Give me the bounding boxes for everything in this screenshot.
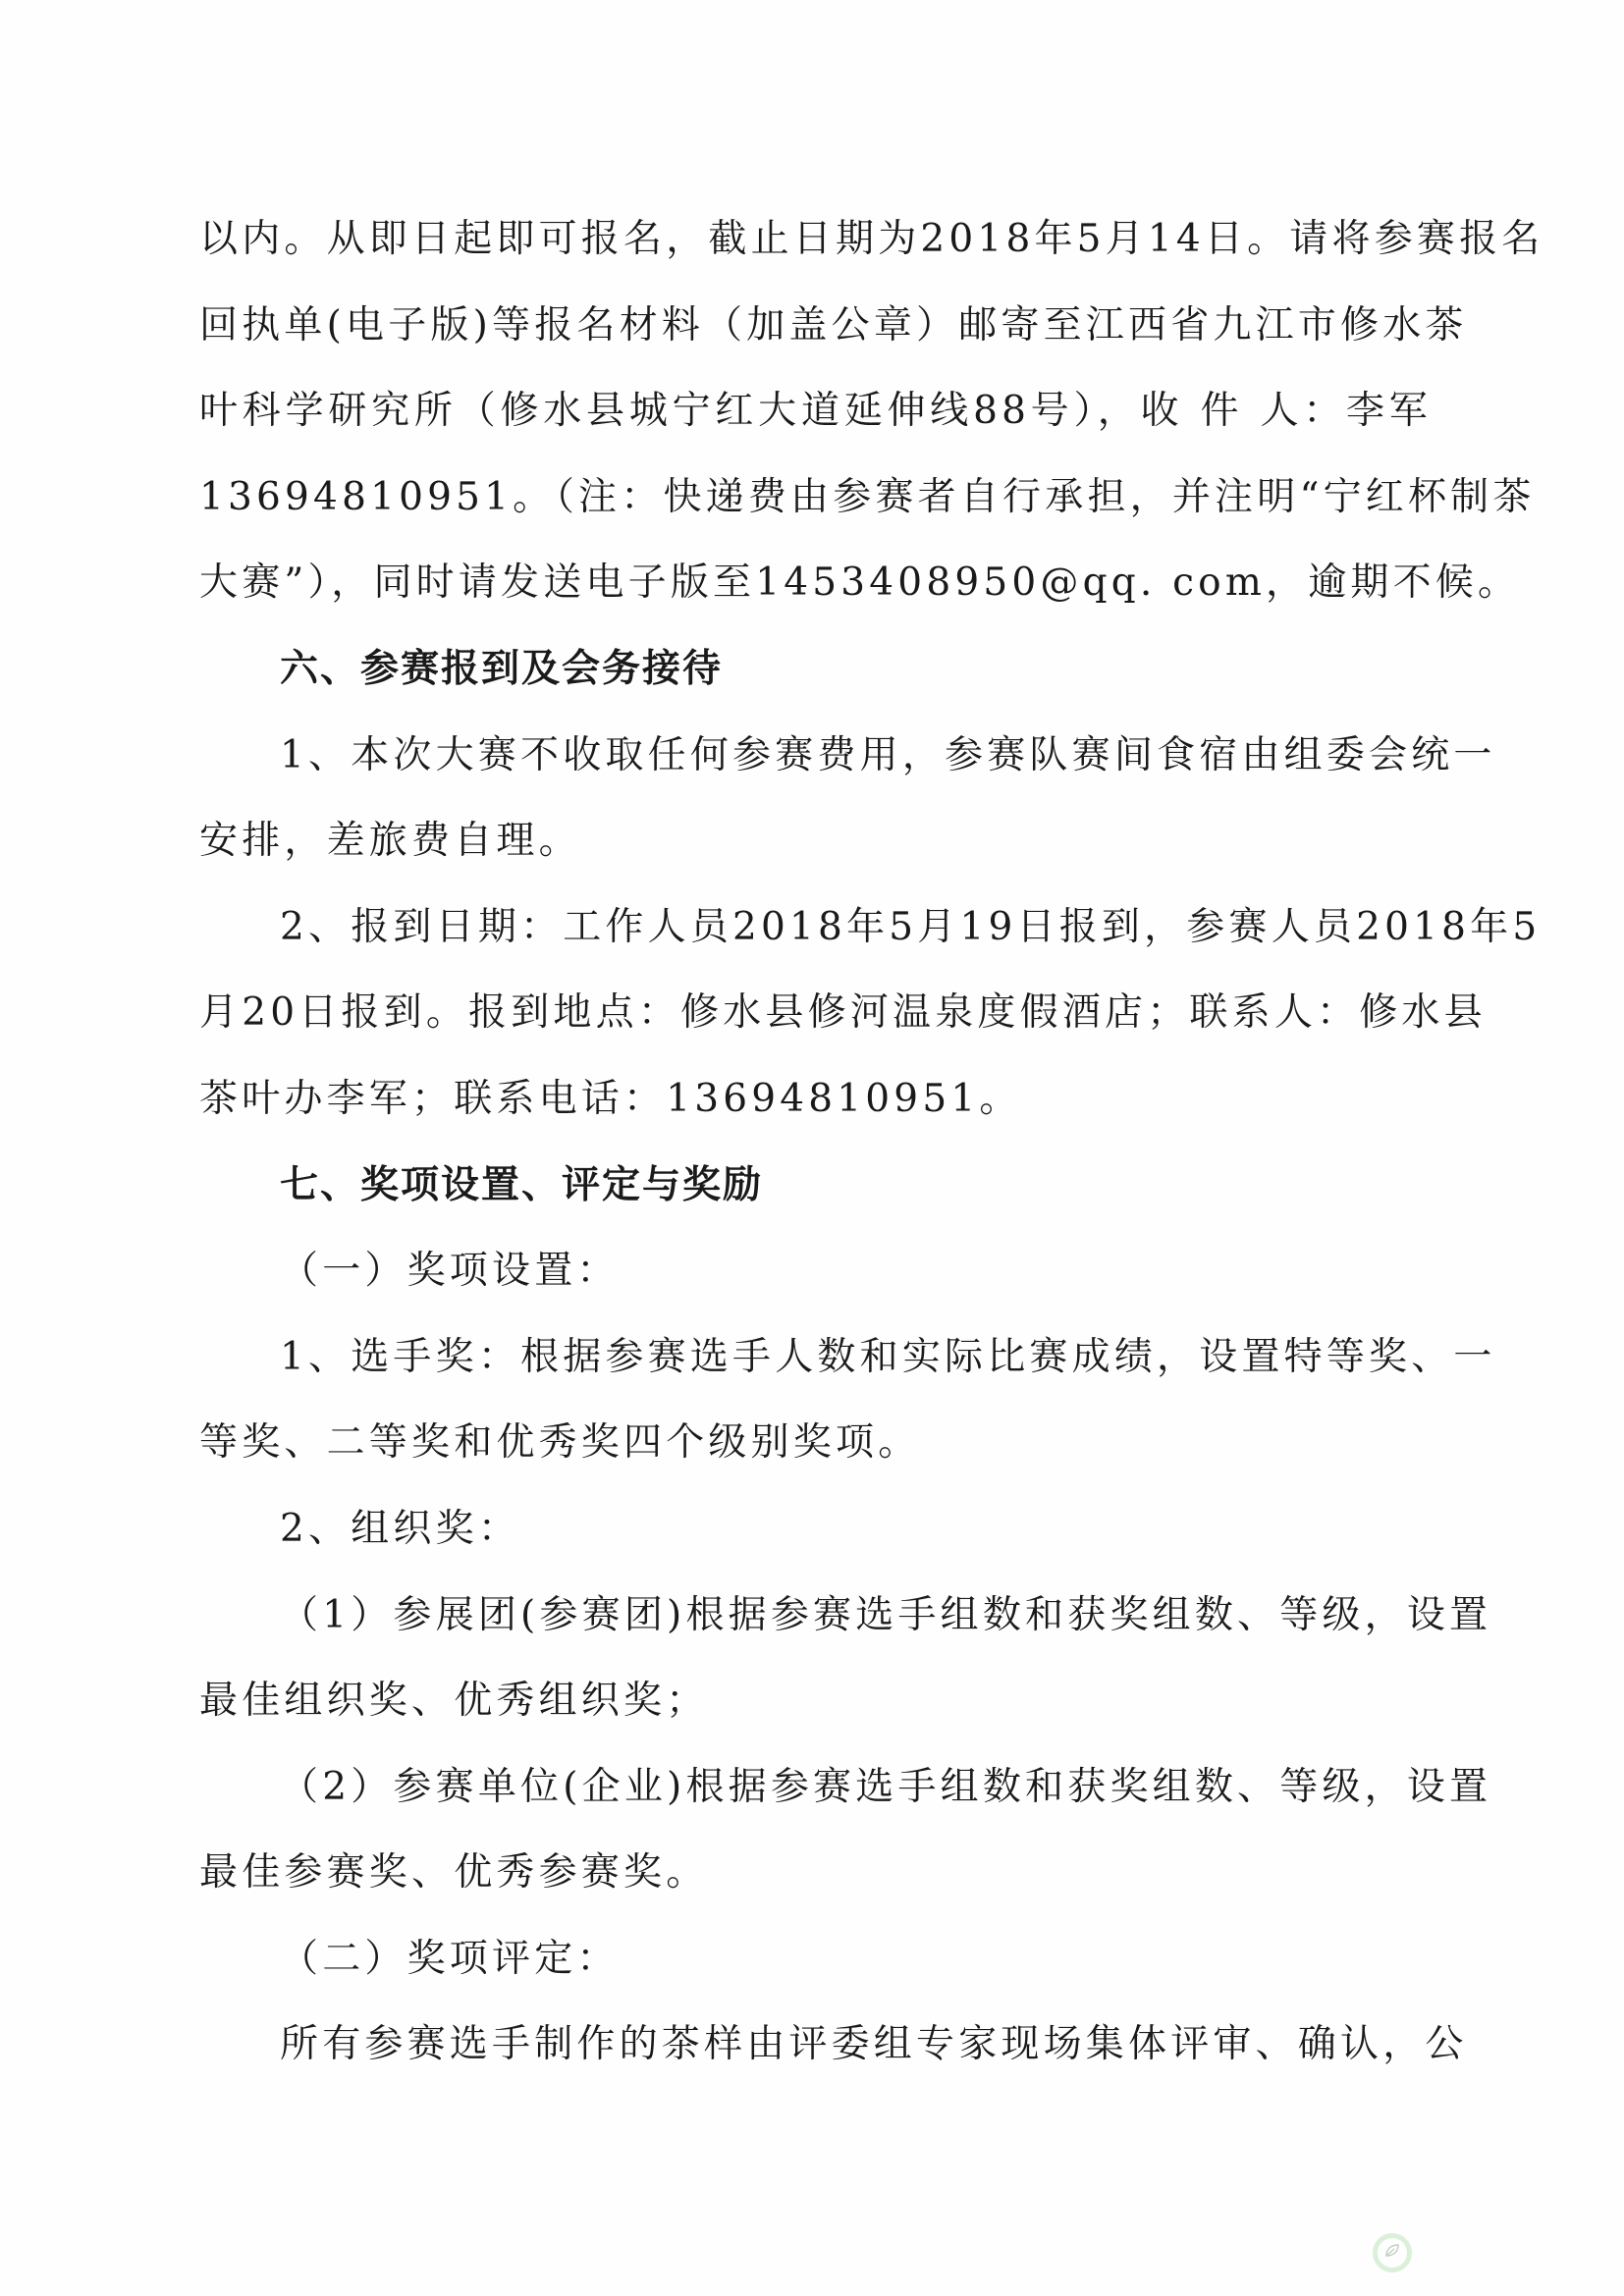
leaf-icon xyxy=(1382,2241,1402,2265)
paragraph-line: 最佳组织奖、优秀组织奖； xyxy=(199,1658,1432,1744)
paragraph-line: 叶科学研究所（修水县城宁红大道延伸线88号），收 件 人：李军 xyxy=(199,368,1432,454)
paragraph-line: 1、选手奖：根据参赛选手人数和实际比赛成绩，设置特等奖、一 xyxy=(199,1314,1432,1401)
section-heading: 六、参赛报到及会务接待 xyxy=(199,626,1432,713)
paragraph-line: 2、报到日期：工作人员2018年5月19日报到，参赛人员2018年5 xyxy=(199,884,1432,971)
paragraph-line: （一）奖项设置： xyxy=(199,1228,1432,1314)
paragraph-line: 安排，差旅费自理。 xyxy=(199,798,1432,884)
paragraph-line: 茶叶办李军；联系电话：13694810951。 xyxy=(199,1056,1432,1143)
paragraph-line: 月20日报到。报到地点：修水县修河温泉度假酒店；联系人：修水县 xyxy=(199,970,1432,1056)
watermark-logo xyxy=(1373,2233,1412,2272)
paragraph-line: 最佳参赛奖、优秀参赛奖。 xyxy=(199,1830,1432,1916)
section-heading: 七、奖项设置、评定与奖励 xyxy=(199,1143,1432,1229)
document-body: 以内。从即日起即可报名，截止日期为2018年5月14日。请将参赛报名回执单(电子… xyxy=(199,196,1432,2088)
document-page: 以内。从即日起即可报名，截止日期为2018年5月14日。请将参赛报名回执单(电子… xyxy=(0,0,1624,2296)
paragraph-line: 13694810951。（注：快递费由参赛者自行承担，并注明“宁红杯制茶 xyxy=(199,454,1432,541)
paragraph-line: （1）参展团(参赛团)根据参赛选手组数和获奖组数、等级，设置 xyxy=(199,1573,1432,1659)
paragraph-line: （2）参赛单位(企业)根据参赛选手组数和获奖组数、等级，设置 xyxy=(199,1744,1432,1831)
paragraph-line: 回执单(电子版)等报名材料（加盖公章）邮寄至江西省九江市修水茶 xyxy=(199,283,1432,369)
paragraph-line: 1、本次大赛不收取任何参赛费用，参赛队赛间食宿由组委会统一 xyxy=(199,713,1432,799)
paragraph-line: 等奖、二等奖和优秀奖四个级别奖项。 xyxy=(199,1400,1432,1486)
paragraph-line: 2、组织奖： xyxy=(199,1486,1432,1573)
paragraph-line: 大赛”），同时请发送电子版至1453408950@qq. com，逾期不候。 xyxy=(199,540,1432,626)
paragraph-line: 所有参赛选手制作的茶样由评委组专家现场集体评审、确认，公 xyxy=(199,2002,1432,2088)
paragraph-line: 以内。从即日起即可报名，截止日期为2018年5月14日。请将参赛报名 xyxy=(199,196,1432,283)
paragraph-line: （二）奖项评定： xyxy=(199,1916,1432,2002)
